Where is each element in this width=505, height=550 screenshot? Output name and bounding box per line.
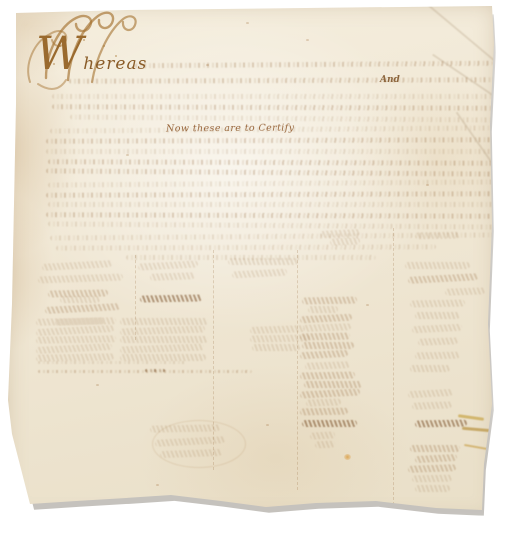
signature-stroke — [408, 389, 453, 398]
signature-stroke — [300, 372, 355, 380]
foxing-speck — [266, 424, 269, 426]
signature-stroke — [415, 232, 460, 240]
signature-stroke — [42, 260, 112, 271]
opening-word: Whereas — [36, 26, 147, 80]
signature-stroke — [412, 324, 462, 334]
script-line — [46, 168, 498, 176]
signature-stroke — [45, 303, 120, 314]
signature-stroke — [302, 420, 357, 427]
signature-stroke — [140, 294, 202, 302]
signature-stroke — [120, 344, 204, 354]
script-line — [48, 159, 498, 166]
signature-stroke — [120, 354, 206, 361]
wax-streak — [464, 444, 488, 450]
signature-stroke — [300, 333, 350, 341]
signature-stroke — [408, 273, 478, 284]
foxing-speck — [96, 384, 99, 386]
script-line — [70, 115, 494, 123]
column-rule — [393, 228, 394, 505]
photo-backdrop: Whereas And Now these are to Certify — [0, 0, 505, 550]
signature-stroke — [150, 272, 195, 281]
script-line — [48, 221, 496, 229]
signature-stroke — [120, 336, 208, 343]
foxing-speck — [426, 184, 429, 186]
foxing-speck — [156, 484, 159, 486]
signature-stroke — [303, 323, 351, 332]
docket-line — [38, 361, 186, 364]
signature-stroke — [300, 350, 348, 360]
script-line — [48, 179, 498, 187]
signature-stroke — [304, 381, 362, 388]
signature-stroke — [120, 318, 208, 325]
signature-stroke — [36, 325, 114, 336]
signature-stroke — [252, 344, 300, 351]
signature-stroke — [120, 326, 205, 336]
script-line — [46, 212, 498, 219]
foxing-speck — [246, 22, 249, 24]
signature-stroke — [308, 306, 338, 313]
signature-stroke — [410, 365, 450, 372]
signature-stroke — [300, 388, 360, 398]
signature-stroke — [306, 398, 341, 406]
script-line — [46, 137, 498, 144]
signature-stroke — [415, 352, 460, 360]
script-line — [46, 149, 498, 154]
signature-stroke — [300, 408, 348, 416]
signature-stroke — [410, 445, 460, 452]
signature-stroke — [315, 441, 335, 449]
signature-stroke — [415, 420, 467, 428]
docket-line — [145, 369, 165, 372]
signature-stroke — [418, 337, 458, 345]
signature-stroke — [310, 431, 335, 439]
signature-stroke — [38, 274, 123, 284]
signature-stroke — [410, 300, 465, 308]
script-line — [52, 94, 498, 99]
script-line — [135, 61, 493, 68]
script-line — [56, 244, 436, 250]
signature-stroke — [60, 296, 100, 303]
signature-stroke — [300, 314, 352, 324]
signature-stroke — [445, 287, 485, 295]
script-line — [48, 202, 498, 207]
parchment-document: Whereas And Now these are to Certify — [6, 4, 496, 520]
signature-stroke — [415, 485, 450, 492]
wax-streak — [462, 427, 492, 433]
foxing-speck — [206, 64, 209, 66]
signature-stroke — [408, 464, 456, 473]
signature-stroke — [405, 262, 470, 269]
signature-stroke — [36, 353, 114, 361]
script-line — [69, 77, 495, 83]
signature-stroke — [36, 343, 112, 354]
signature-stroke — [302, 297, 357, 305]
signature-stroke — [412, 475, 452, 483]
column-rule — [297, 250, 298, 490]
signature-stroke — [138, 260, 198, 270]
foxing-speck — [366, 304, 369, 306]
column-rule — [213, 250, 214, 470]
script-line — [46, 191, 498, 198]
signature-stroke — [415, 312, 460, 319]
signature-stroke — [330, 237, 360, 245]
signature-stroke — [305, 361, 350, 370]
column-rule — [135, 255, 136, 340]
foxing-speck — [126, 154, 129, 156]
script-line — [52, 104, 500, 111]
ink-stain — [344, 454, 351, 460]
signature-stroke — [415, 454, 457, 463]
signature-stroke — [412, 401, 452, 409]
signature-stroke — [232, 269, 287, 279]
signature-stroke — [228, 258, 298, 265]
foxing-speck — [306, 39, 309, 41]
signature-stroke — [150, 424, 220, 432]
signature-stroke — [302, 342, 354, 349]
